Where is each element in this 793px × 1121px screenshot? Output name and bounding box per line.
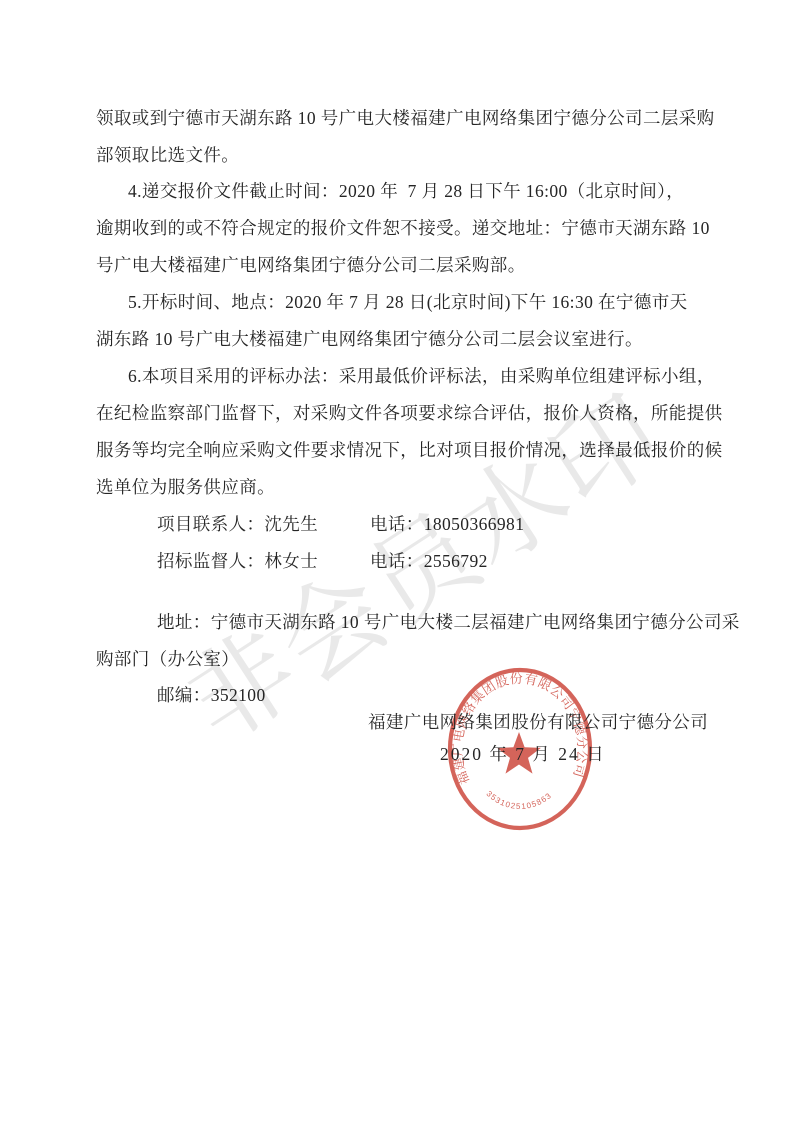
- address-line-2: 购部门（办公室）: [96, 651, 239, 669]
- body-line: 逾期收到的或不符合规定的报价文件恕不接受。递交地址：宁德市天湖东路 10: [96, 220, 710, 238]
- document-page: 非会员水印 福建广电网络集团股份有限公司宁德分公司 3531025105863 …: [0, 0, 793, 1121]
- body-line: 部领取比选文件。: [96, 147, 239, 165]
- bid-supervisor-name: 招标监督人：林女士: [157, 553, 318, 571]
- signature-company: 福建广电网络集团股份有限公司宁德分公司: [368, 714, 708, 732]
- body-line: 湖东路 10 号广电大楼福建广电网络集团宁德分公司二层会议室进行。: [96, 331, 643, 349]
- body-line: 服务等均完全响应采购文件要求情况下，比对项目报价情况，选择最低报价的候: [96, 442, 723, 460]
- body-line: 在纪检监察部门监督下，对采购文件各项要求综合评估，报价人资格，所能提供: [96, 405, 723, 423]
- body-line: 选单位为服务供应商。: [96, 479, 275, 497]
- bid-supervisor-phone: 电话：2556792: [370, 553, 488, 571]
- signature-date: 2020 年 7 月 24 日: [440, 746, 606, 764]
- seal-serial-number: 3531025105863: [485, 789, 554, 811]
- body-line-item-6: 6.本项目采用的评标办法：采用最低价评标法，由采购单位组建评标小组，: [128, 368, 715, 386]
- address-line-1: 地址：宁德市天湖东路 10 号广电大楼二层福建广电网络集团宁德分公司采: [157, 614, 740, 632]
- body-line: 领取或到宁德市天湖东路 10 号广电大楼福建广电网络集团宁德分公司二层采购: [96, 110, 715, 128]
- project-contact-phone: 电话：18050366981: [370, 516, 524, 534]
- body-line-item-5: 5.开标时间、地点：2020 年 7 月 28 日(北京时间)下午 16:30 …: [128, 294, 688, 312]
- body-line-item-4: 4.递交报价文件截止时间：2020 年 7 月 28 日下午 16:00（北京时…: [128, 183, 684, 201]
- project-contact-name: 项目联系人：沈先生: [157, 516, 318, 534]
- body-line: 号广电大楼福建广电网络集团宁德分公司二层采购部。: [96, 257, 526, 275]
- postal-code: 邮编：352100: [157, 687, 266, 705]
